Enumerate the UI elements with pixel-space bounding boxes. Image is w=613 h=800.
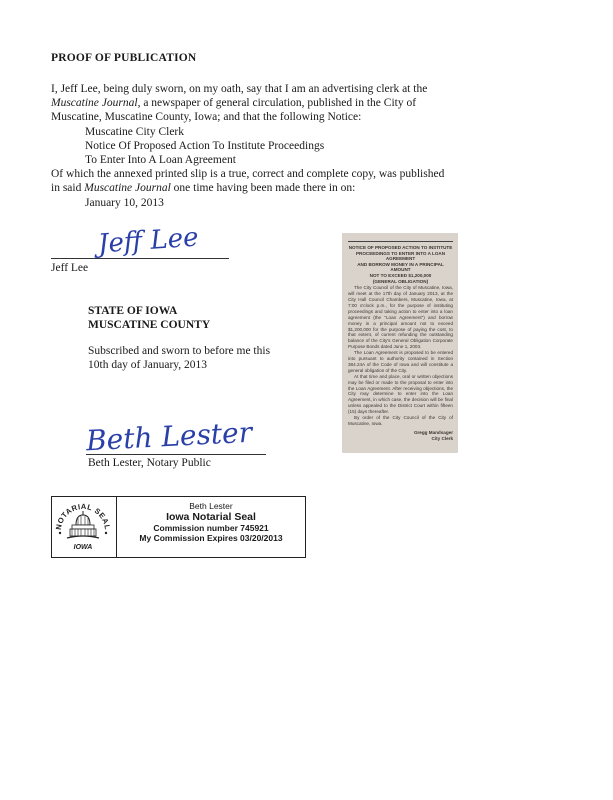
clipping-heading-line: PROCEEDINGS TO ENTER INTO A LOAN AGREEME… bbox=[348, 251, 453, 262]
publication-date: January 10, 2013 bbox=[51, 196, 471, 210]
clipping-rule bbox=[348, 241, 453, 242]
notice-line: Muscatine City Clerk bbox=[51, 125, 471, 139]
notarial-seal-box: NOTARIAL SEAL IOWA Beth Lester Iowa Nota… bbox=[51, 496, 306, 558]
clipping-heading-line: NOTICE OF PROPOSED ACTION TO INSTITUTE bbox=[348, 245, 453, 251]
jurat-line-1: Subscribed and sworn to before me this bbox=[88, 345, 270, 357]
clipping-paragraph: At that time and place, oral or written … bbox=[348, 374, 453, 415]
notice-line: To Enter Into A Loan Agreement bbox=[51, 153, 471, 167]
clerk-printed-name: Jeff Lee bbox=[51, 262, 88, 274]
affidavit-line-after-2-pre: in said bbox=[51, 182, 84, 194]
jurat: Subscribed and sworn to before me this 1… bbox=[88, 344, 270, 372]
clipping-paragraph: The City Council of the City of Muscatin… bbox=[348, 285, 453, 350]
commission-expires: My Commission Expires 03/20/2013 bbox=[117, 533, 305, 543]
affidavit-line-2: , a newspaper of general circulation, pu… bbox=[138, 97, 416, 109]
clipping-heading-line: AND BORROW MONEY IN A PRINCIPAL AMOUNT bbox=[348, 262, 453, 273]
clipping-heading: NOTICE OF PROPOSED ACTION TO INSTITUTE P… bbox=[348, 245, 453, 284]
clipping-paragraph: The Loan Agreement is proposed to be ent… bbox=[348, 350, 453, 374]
notarial-seal-text: Beth Lester Iowa Notarial Seal Commissio… bbox=[117, 497, 305, 557]
notice-line: Notice Of Proposed Action To Institute P… bbox=[51, 139, 471, 153]
clerk-signature: Jeff Lee bbox=[97, 223, 199, 260]
state-heading: STATE OF IOWA bbox=[88, 304, 177, 318]
notary-signature: Beth Lester bbox=[85, 416, 253, 458]
clipping-paragraph: By order of the City Council of the City… bbox=[348, 415, 453, 427]
clipping-body: The City Council of the City of Muscatin… bbox=[348, 285, 453, 427]
svg-text:IOWA: IOWA bbox=[74, 544, 93, 551]
notarial-seal-emblem: NOTARIAL SEAL IOWA bbox=[52, 497, 117, 557]
notary-printed-name: Beth Lester, Notary Public bbox=[88, 457, 211, 469]
document-title: PROOF OF PUBLICATION bbox=[51, 52, 196, 64]
county-heading: MUSCATINE COUNTY bbox=[88, 318, 210, 332]
newspaper-clipping: NOTICE OF PROPOSED ACTION TO INSTITUTE P… bbox=[342, 233, 458, 453]
clipping-heading-line: (GENERAL OBLIGATION) bbox=[348, 279, 453, 285]
newspaper-name: Muscatine Journal bbox=[84, 182, 171, 194]
affidavit-line-1: I, Jeff Lee, being duly sworn, on my oat… bbox=[51, 83, 427, 95]
newspaper-name: Muscatine Journal bbox=[51, 97, 138, 109]
clipping-signature: Gregg Mandsager City Clerk bbox=[348, 430, 453, 442]
affidavit-line-after-2-post: one time having been made there in on: bbox=[171, 182, 356, 194]
clipping-signer-title: City Clerk bbox=[348, 436, 453, 442]
notary-name: Beth Lester bbox=[117, 501, 305, 511]
affidavit-line-after-1: Of which the annexed printed slip is a t… bbox=[51, 168, 444, 180]
seal-title: Iowa Notarial Seal bbox=[117, 511, 305, 523]
clerk-signature-line bbox=[51, 258, 229, 259]
affidavit-line-3: Muscatine, Muscatine County, Iowa; and t… bbox=[51, 111, 361, 123]
affidavit-paragraph: I, Jeff Lee, being duly sworn, on my oat… bbox=[51, 82, 471, 210]
commission-number: Commission number 745921 bbox=[117, 523, 305, 533]
capitol-seal-icon: NOTARIAL SEAL IOWA bbox=[52, 497, 114, 556]
notary-signature-line bbox=[86, 454, 266, 455]
jurat-line-2: 10th day of January, 2013 bbox=[88, 359, 207, 371]
